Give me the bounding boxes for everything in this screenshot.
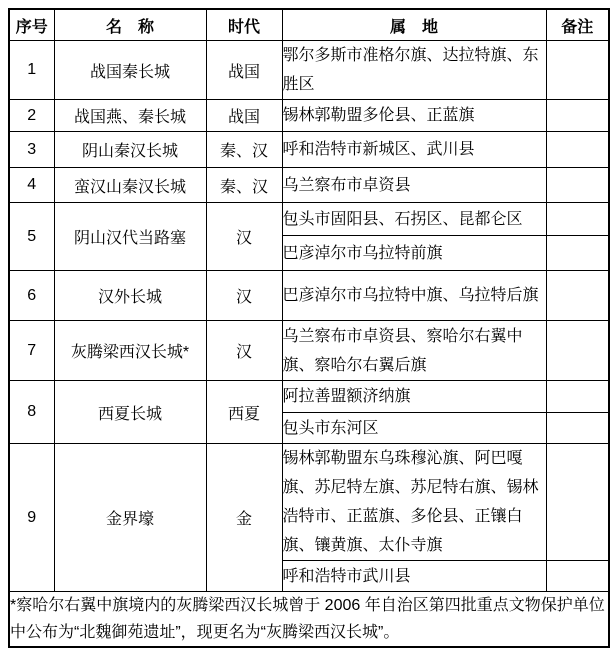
cell-name: 战国秦长城 <box>54 41 206 100</box>
cell-note <box>546 413 609 444</box>
table-row: 8 西夏长城 西夏 阿拉善盟额济纳旗 <box>9 381 609 413</box>
cell-location: 巴彦淖尔市乌拉特中旗、乌拉特后旗 <box>282 271 546 321</box>
cell-note <box>546 561 609 592</box>
col-header-no: 序号 <box>9 9 54 41</box>
cell-name: 蛮汉山秦汉长城 <box>54 168 206 203</box>
cell-location: 巴彦淖尔市乌拉特前旗 <box>282 236 546 271</box>
table-footnote: *察哈尔右翼中旗境内的灰腾梁西汉长城曾于 2006 年自治区第四批重点文物保护单… <box>9 592 609 648</box>
cell-note <box>546 132 609 168</box>
cell-era: 西夏 <box>206 381 282 444</box>
col-header-note: 备注 <box>546 9 609 41</box>
table-row: 3 阴山秦汉长城 秦、汉 呼和浩特市新城区、武川县 <box>9 132 609 168</box>
cell-note <box>546 444 609 561</box>
cell-note <box>546 321 609 381</box>
document-page: 序号 名 称 时代 属 地 备注 1 战国秦长城 战国 鄂尔多斯市准格尔旗、达拉… <box>0 0 616 650</box>
table-row: 9 金界壕 金 锡林郭勒盟东乌珠穆沁旗、阿巴嘎旗、苏尼特左旗、苏尼特右旗、锡林浩… <box>9 444 609 561</box>
cell-location: 呼和浩特市新城区、武川县 <box>282 132 546 168</box>
col-header-name: 名 称 <box>54 9 206 41</box>
col-header-location: 属 地 <box>282 9 546 41</box>
table-row: 4 蛮汉山秦汉长城 秦、汉 乌兰察布市卓资县 <box>9 168 609 203</box>
cell-location: 阿拉善盟额济纳旗 <box>282 381 546 413</box>
cell-location: 锡林郭勒盟东乌珠穆沁旗、阿巴嘎旗、苏尼特左旗、苏尼特右旗、锡林浩特市、正蓝旗、多… <box>282 444 546 561</box>
cell-name: 汉外长城 <box>54 271 206 321</box>
cell-no: 1 <box>9 41 54 100</box>
cell-note <box>546 381 609 413</box>
col-header-era: 时代 <box>206 9 282 41</box>
cell-name: 阴山汉代当路塞 <box>54 203 206 271</box>
table-row: 7 灰腾梁西汉长城* 汉 乌兰察布市卓资县、察哈尔右翼中旗、察哈尔右翼后旗 <box>9 321 609 381</box>
header-row: 序号 名 称 时代 属 地 备注 <box>9 9 609 41</box>
great-wall-table-wrap: 序号 名 称 时代 属 地 备注 1 战国秦长城 战国 鄂尔多斯市准格尔旗、达拉… <box>8 8 610 648</box>
cell-era: 秦、汉 <box>206 168 282 203</box>
cell-era: 战国 <box>206 41 282 100</box>
cell-name: 阴山秦汉长城 <box>54 132 206 168</box>
table-row: 5 阴山汉代当路塞 汉 包头市固阳县、石拐区、昆都仑区 <box>9 203 609 236</box>
cell-note <box>546 100 609 132</box>
cell-no: 3 <box>9 132 54 168</box>
cell-name: 战国燕、秦长城 <box>54 100 206 132</box>
table-row: 2 战国燕、秦长城 战国 锡林郭勒盟多伦县、正蓝旗 <box>9 100 609 132</box>
cell-location: 乌兰察布市卓资县、察哈尔右翼中旗、察哈尔右翼后旗 <box>282 321 546 381</box>
cell-no: 8 <box>9 381 54 444</box>
cell-no: 5 <box>9 203 54 271</box>
cell-note <box>546 168 609 203</box>
cell-location: 呼和浩特市武川县 <box>282 561 546 592</box>
cell-note <box>546 271 609 321</box>
cell-location: 鄂尔多斯市准格尔旗、达拉特旗、东胜区 <box>282 41 546 100</box>
cell-location: 包头市东河区 <box>282 413 546 444</box>
cell-era: 战国 <box>206 100 282 132</box>
great-wall-table: 序号 名 称 时代 属 地 备注 1 战国秦长城 战国 鄂尔多斯市准格尔旗、达拉… <box>8 8 610 648</box>
cell-note <box>546 203 609 236</box>
cell-note <box>546 41 609 100</box>
cell-note <box>546 236 609 271</box>
cell-era: 秦、汉 <box>206 132 282 168</box>
cell-era: 金 <box>206 444 282 592</box>
cell-location: 包头市固阳县、石拐区、昆都仑区 <box>282 203 546 236</box>
cell-era: 汉 <box>206 321 282 381</box>
cell-no: 9 <box>9 444 54 592</box>
cell-era: 汉 <box>206 203 282 271</box>
table-row: 1 战国秦长城 战国 鄂尔多斯市准格尔旗、达拉特旗、东胜区 <box>9 41 609 100</box>
cell-name: 灰腾梁西汉长城* <box>54 321 206 381</box>
cell-era: 汉 <box>206 271 282 321</box>
cell-no: 2 <box>9 100 54 132</box>
footnote-row: *察哈尔右翼中旗境内的灰腾梁西汉长城曾于 2006 年自治区第四批重点文物保护单… <box>9 592 609 648</box>
cell-location: 锡林郭勒盟多伦县、正蓝旗 <box>282 100 546 132</box>
cell-no: 4 <box>9 168 54 203</box>
cell-no: 7 <box>9 321 54 381</box>
table-row: 6 汉外长城 汉 巴彦淖尔市乌拉特中旗、乌拉特后旗 <box>9 271 609 321</box>
cell-no: 6 <box>9 271 54 321</box>
cell-location: 乌兰察布市卓资县 <box>282 168 546 203</box>
cell-name: 西夏长城 <box>54 381 206 444</box>
cell-name: 金界壕 <box>54 444 206 592</box>
